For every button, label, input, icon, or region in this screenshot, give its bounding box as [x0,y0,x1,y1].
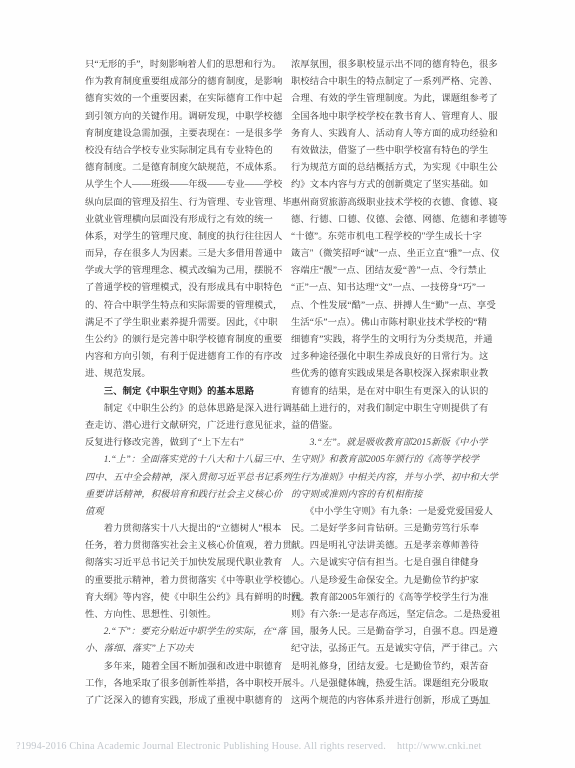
text-line: 生行为准则》中相关内容，并与小学、初中和大学 [291,470,491,487]
text-line: 德、行德、口德、仪德、会德、网德、危德和孝德等 [291,212,491,229]
text-line: 全国各地中职学校学校在教书育人、管理育人、服 [291,109,491,126]
page-number: —7— [291,699,491,709]
text-line: 细德育”实践，将学生的文明行为分类规范，并通 [291,332,491,349]
text-line: 工作，各地采取了很多创新性举措，各中职校开展 [85,676,285,693]
text-line: 小、落细、落实”上下功夫 [85,641,285,658]
text-line: 制定《中职生公约》的总体思路是深入进行调 [85,401,285,418]
journal-page: 只“无形的手”，时刻影响着人们的思想和行为。作为教育制度重要组成部分的德育制度，… [0,0,575,768]
text-line: 行为规范方面的总结概括方式，为实现《中职生公 [291,160,491,177]
text-line: 生活“乐”一点）。佛山市陈村职业技术学校的“精 [291,315,491,332]
text-line: 育大纲》等内容，使《中职生公约》具有鲜明的时代 [85,590,285,607]
text-line: “十德”。东莞市机电工程学校的"学生成长十字 [291,229,491,246]
text-line: 作为教育制度重要组成部分的德育制度，是影响 [85,74,285,91]
text-line: 德育制度。二是德育制度欠缺规范，不成体系。 [85,160,285,177]
text-line: 业就业管理横向层面没有形成行之有效的统一 [85,212,285,229]
text-line: 育德育的结果，是在对中职生有更深入的认识的 [291,384,491,401]
text-line: 斗。八是强健体魄，热爱生活。课题组充分吸取 [291,676,491,693]
text-line: 容端庄“靓”一点、团结友爱“善”一点、令行禁止 [291,263,491,280]
text-line: 进、规范发展。 [85,366,285,383]
text-line: “正”一点、知书达理“文”一点、一技傍身“巧”一 [291,280,491,297]
text-line: 任务，着力贯彻落实社会主义核心价值观，着力贯 [85,538,285,555]
text-line: 生守则》和教育部2005年颁行的《高等学校学 [291,452,491,469]
text-column-left: 只“无形的手”，时刻影响着人们的思想和行为。作为教育制度重要组成部分的德育制度，… [85,57,285,710]
text-line: 是明礼修身，团结友爱。七是勤俭节约，艰苦奋 [291,659,491,676]
text-line: 学或大学的管理理念、模式改编为己用，摆脱不 [85,263,285,280]
text-line: 国，服务人民。三是勤奋学习，自强不息。四是遵 [291,624,491,641]
text-line: 2.“下”：要充分贴近中职学生的实际，在“落 [85,624,285,641]
text-line: 职校结合中职生的特点制定了一系列严格、完善、 [291,74,491,91]
text-line: 纪守法，弘扬正气。五是诚实守信，严于律己。六 [291,641,491,658]
copyright-watermark: ?1994-2016 China Academic Journal Electr… [16,741,575,752]
text-line: 点、个性发展“酷”一点、拼搏人生“勤”一点、享受 [291,298,491,315]
text-column-right: 浓厚氛围，很多职校显示出不同的德育特色，很多职校结合中职生的特点制定了一系列严格… [291,57,491,710]
text-line: 3.“左”。就是吸收教育部2015新版《中小学 [291,435,491,452]
text-line: 多年来，随着全国不断加强和改进中职德育 [85,659,285,676]
text-line: 《中小学生守则》有九条：一是爱党爱国爱人 [291,504,491,521]
text-line: 值观 [85,504,285,521]
text-line: 而异，存在很多人为因素。三是大多借用普通中 [85,246,285,263]
text-line: 则》有六条:一是志存高远，坚定信念。二是热爱祖 [291,607,491,624]
text-line: 三、制定《中职生守则》的基本思路 [85,384,285,401]
text-line: 约》文本内容与方式的创新奠定了坚实基础。如 [291,177,491,194]
text-line: 基础上进行的，对我们制定中职生守则提供了有 [291,401,491,418]
text-line: 从学生个人——班级——年级——专业——学校 [85,177,285,194]
text-line: 了广泛深入的德育实践，形成了重视中职德育的 [85,693,285,710]
text-line: 有效做法，借鉴了一些中职学校富有特色的学生 [291,143,491,160]
text-line: 献。四是明礼守法讲美德。五是孝亲尊师善待 [291,538,491,555]
text-line: 务育人、实践育人、活动育人等方面的成功经验和 [291,126,491,143]
text-line: 的守则或准则内容的有机相衔接 [291,487,491,504]
text-line: 纵向层面的管理及招生、行为管理、专业管理、毕 [85,195,285,212]
text-line: 惠州商贸旅游高级职业技术学校的衣德、食德、寝 [291,195,491,212]
text-line: 益的借鉴。 [291,418,491,435]
text-line: 查走访、潜心进行文献研究，广泛进行意见征求， [85,418,285,435]
text-line: 重要讲话精神，积极培育和践行社会主义核心价 [85,487,285,504]
text-line: 的、符合中职学生特点和实际需要的管理模式， [85,298,285,315]
text-line: 生公约》的颁行是完善中职学校德育制度的重要 [85,332,285,349]
text-line: 1.“上”：全面落实党的十八大和十八届三中、 [85,452,285,469]
text-line: 体系，对学生的管理尺度、制度的执行往往因人 [85,229,285,246]
text-line: 只“无形的手”，时刻影响着人们的思想和行为。 [85,57,285,74]
text-line: 心。八是珍爱生命保安全。九是勤俭节约护家 [291,573,491,590]
text-line: 的重要批示精神，着力贯彻落实《中等职业学校德 [85,573,285,590]
text-line: 四中、五中全会精神，深入贯彻习近平总书记系列 [85,470,285,487]
text-line: 民。二是好学多问肯钻研。三是勤劳笃行乐奉 [291,521,491,538]
text-line: 过多种途径强化中职生养成良好的日常行为。这 [291,349,491,366]
text-line: 校没有结合学校专业实际制定具有专业特色的 [85,143,285,160]
text-line: 反复进行修改完善，做到了“上下左右” [85,435,285,452]
text-line: 性、方向性、思想性、引领性。 [85,607,285,624]
text-line: 内容和方向引领，有利于促进德育工作的有序改 [85,349,285,366]
text-line: 彻落实习近平总书记关于加快发展现代职业教育 [85,555,285,572]
text-line: 到引领方向的关键作用。调研发现，中职学校德 [85,109,285,126]
text-line: 箴言"（微笑招呼“诚”一点、坐正立直“雅”一点、仪 [291,246,491,263]
text-line: 德育实效的一个重要因素，在实际德育工作中起 [85,91,285,108]
text-line: 园。教育部2005年颁行的《高等学校学生行为准 [291,590,491,607]
text-line: 些优秀的德育实践成果是各职校深入探索职业教 [291,366,491,383]
text-line: 合理、有效的学生管理制度。为此，课题组参考了 [291,91,491,108]
text-line: 着力贯彻落实十八大提出的“立德树人”根本 [85,521,285,538]
text-line: 浓厚氛围，很多职校显示出不同的德育特色，很多 [291,57,491,74]
text-line: 满足不了学生职业素养提升需要。因此，《中职 [85,315,285,332]
text-line: 了普通学校的管理模式，没有形成具有中职特色 [85,280,285,297]
text-line: 育制度建设急需加强，主要表现在：一是很多学 [85,126,285,143]
text-line: 人。六是诚实守信有担当。七是自强自律健身 [291,555,491,572]
